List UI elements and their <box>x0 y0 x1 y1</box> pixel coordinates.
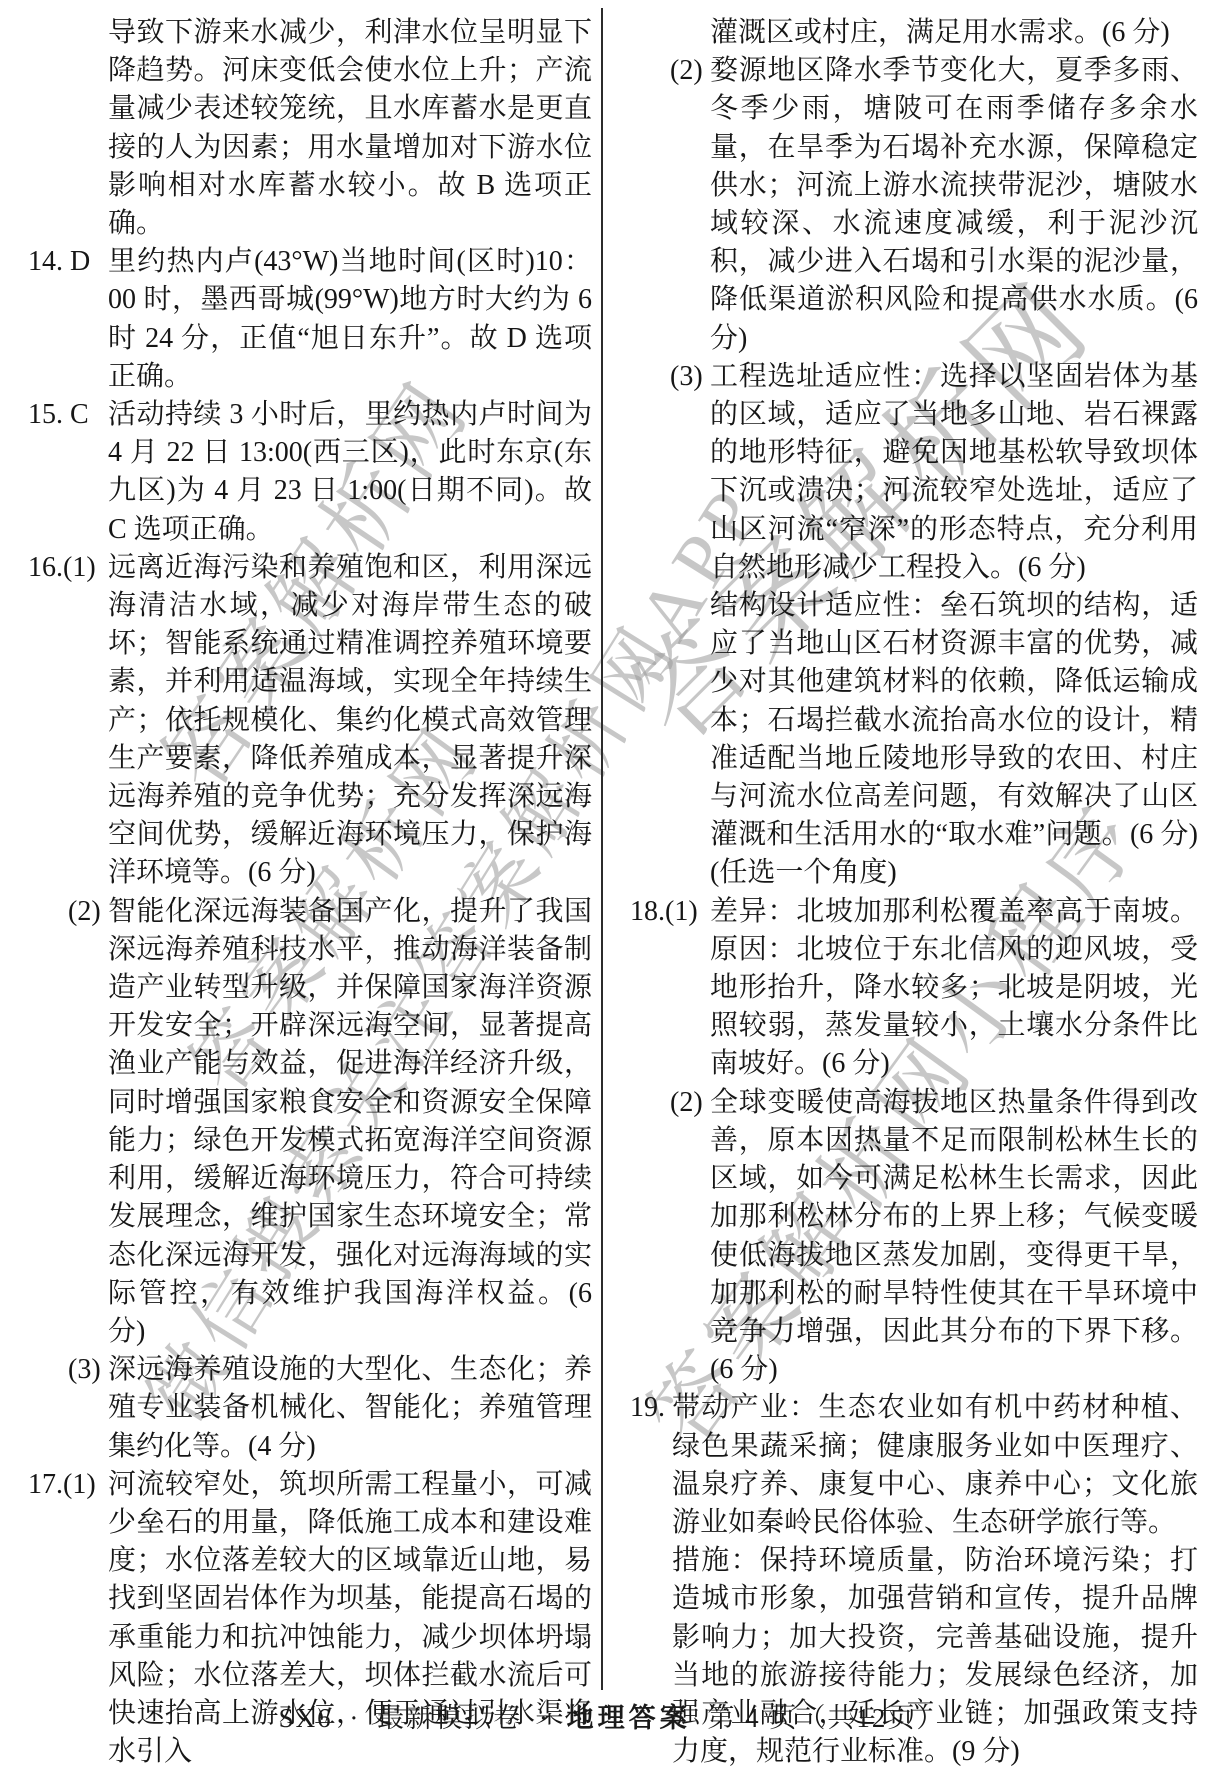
answer-item-text: 深远海养殖设施的大型化、生态化；养殖专业装备机械化、智能化；养殖管理集约化等。(… <box>108 1354 592 1461</box>
answer-item-label: 14. D <box>28 243 90 281</box>
answer-sheet-page: 答案解析网答案解析网微信搜索关注答案解析网APP答案解析网答案解析网小程序 导致… <box>0 0 1224 1776</box>
answer-item-text: 导致下游来水减少，利津水位呈明显下降趋势。河床变低会使水位上升；产流量减少表述较… <box>108 17 592 239</box>
answer-item: 灌溉区或村庄，满足用水需求。(6 分) <box>630 14 1198 52</box>
answer-item-label: (2) <box>670 52 703 90</box>
answer-item-label: (3) <box>68 1351 101 1389</box>
answer-item-text: 结构设计适应性：垒石筑坝的结构，适应了当地山区石材资源丰富的优势，减少对其他建筑… <box>710 590 1198 888</box>
answer-item-label: 17.(1) <box>28 1466 96 1504</box>
answer-item: 16.(1)远离近海污染和养殖饱和区，利用深远海清洁水域，减少对海岸带生态的破坏… <box>28 549 592 893</box>
answer-item-label: (3) <box>670 358 703 396</box>
answer-item-text: 工程选址适应性：选择以坚固岩体为基的区域，适应了当地多山地、岩石裸露的地形特征，… <box>710 361 1198 583</box>
answer-item: (3)工程选址适应性：选择以坚固岩体为基的区域，适应了当地多山地、岩石裸露的地形… <box>630 358 1198 587</box>
answer-item: (2)婺源地区降水季节变化大，夏季多雨、冬季少雨，塘陂可在雨季储存多余水量，在旱… <box>630 52 1198 358</box>
answer-item: 导致下游来水减少，利津水位呈明显下降趋势。河床变低会使水位上升；产流量减少表述较… <box>28 14 592 243</box>
answer-item: 15. C活动持续 3 小时后，里约热内卢时间为 4 月 22 日 13:00(… <box>28 396 592 549</box>
footer-subject: 地理答案 <box>567 1703 691 1733</box>
answer-item-text: 带动产业：生态农业如有机中药材种植、绿色果蔬采摘；健康服务业如中医理疗、温泉疗养… <box>672 1392 1198 1538</box>
answer-item-text: 智能化深远海装备国产化，提升了我国深远海养殖科技水平，推动海洋装备制造产业转型升… <box>108 896 592 1347</box>
answer-item: 18.(1)差异：北坡加那利松覆盖率高于南坡。原因：北坡位于东北信风的迎风坡，受… <box>630 893 1198 1084</box>
answer-item: 14. D里约热内卢(43°W)当地时间(区时)10：00 时，墨西哥城(99°… <box>28 243 592 396</box>
answer-item-label: (2) <box>670 1084 703 1122</box>
answer-item-label: 18.(1) <box>630 893 698 931</box>
footer-series-name: 最新模拟卷 <box>377 1703 522 1733</box>
answer-item-text: 灌溉区或村庄，满足用水需求。(6 分) <box>710 17 1170 48</box>
footer-exam-code: SX6 <box>279 1703 333 1733</box>
answer-item: (3)深远海养殖设施的大型化、生态化；养殖专业装备机械化、智能化；养殖管理集约化… <box>28 1351 592 1466</box>
answer-item: (2)全球变暖使高海拔地区热量条件得到改善，原本因热量不足而限制松林生长的区域，… <box>630 1084 1198 1390</box>
answer-item-label: 16.(1) <box>28 549 96 587</box>
left-column: 导致下游来水减少，利津水位呈明显下降趋势。河床变低会使水位上升；产流量减少表述较… <box>28 14 592 1771</box>
footer-dot-separator-2: · <box>539 1703 550 1733</box>
answer-item: 结构设计适应性：垒石筑坝的结构，适应了当地山区石材资源丰富的优势，减少对其他建筑… <box>630 587 1198 893</box>
answer-item: 措施：保持环境质量，防治环境污染；打造城市形象，加强营销和宣传，提升品牌影响力；… <box>630 1542 1198 1771</box>
answer-item-label: (2) <box>68 893 101 931</box>
answer-item-text: 差异：北坡加那利松覆盖率高于南坡。原因：北坡位于东北信风的迎风坡，受地形抬升，降… <box>710 896 1198 1080</box>
answer-item-text: 远离近海污染和养殖饱和区，利用深远海清洁水域，减少对海岸带生态的破坏；智能系统通… <box>108 552 592 889</box>
answer-item: (2)智能化深远海装备国产化，提升了我国深远海养殖科技水平，推动海洋装备制造产业… <box>28 893 592 1351</box>
answer-item-label: 15. C <box>28 396 89 434</box>
right-column: 灌溉区或村庄，满足用水需求。(6 分)(2)婺源地区降水季节变化大，夏季多雨、冬… <box>630 14 1198 1771</box>
answer-item-text: 里约热内卢(43°W)当地时间(区时)10：00 时，墨西哥城(99°W)地方时… <box>108 246 592 392</box>
answer-item-label: 19. <box>630 1389 665 1427</box>
answer-item: 19.带动产业：生态农业如有机中药材种植、绿色果蔬采摘；健康服务业如中医理疗、温… <box>630 1389 1198 1542</box>
answer-item-text: 全球变暖使高海拔地区热量条件得到改善，原本因热量不足而限制松林生长的区域，如今可… <box>710 1087 1198 1385</box>
footer-page-info: 第 4 页（共12页） <box>707 1703 945 1733</box>
answer-item-text: 活动持续 3 小时后，里约热内卢时间为 4 月 22 日 13:00(西三区)，… <box>108 399 592 545</box>
answer-item-text: 婺源地区降水季节变化大，夏季多雨、冬季少雨，塘陂可在雨季储存多余水量，在旱季为石… <box>710 55 1198 353</box>
page-footer: SX6 · 最新模拟卷 · 地理答案 第 4 页（共12页） <box>0 1696 1224 1735</box>
column-divider <box>601 8 603 1690</box>
footer-dot-separator: · <box>349 1703 360 1733</box>
